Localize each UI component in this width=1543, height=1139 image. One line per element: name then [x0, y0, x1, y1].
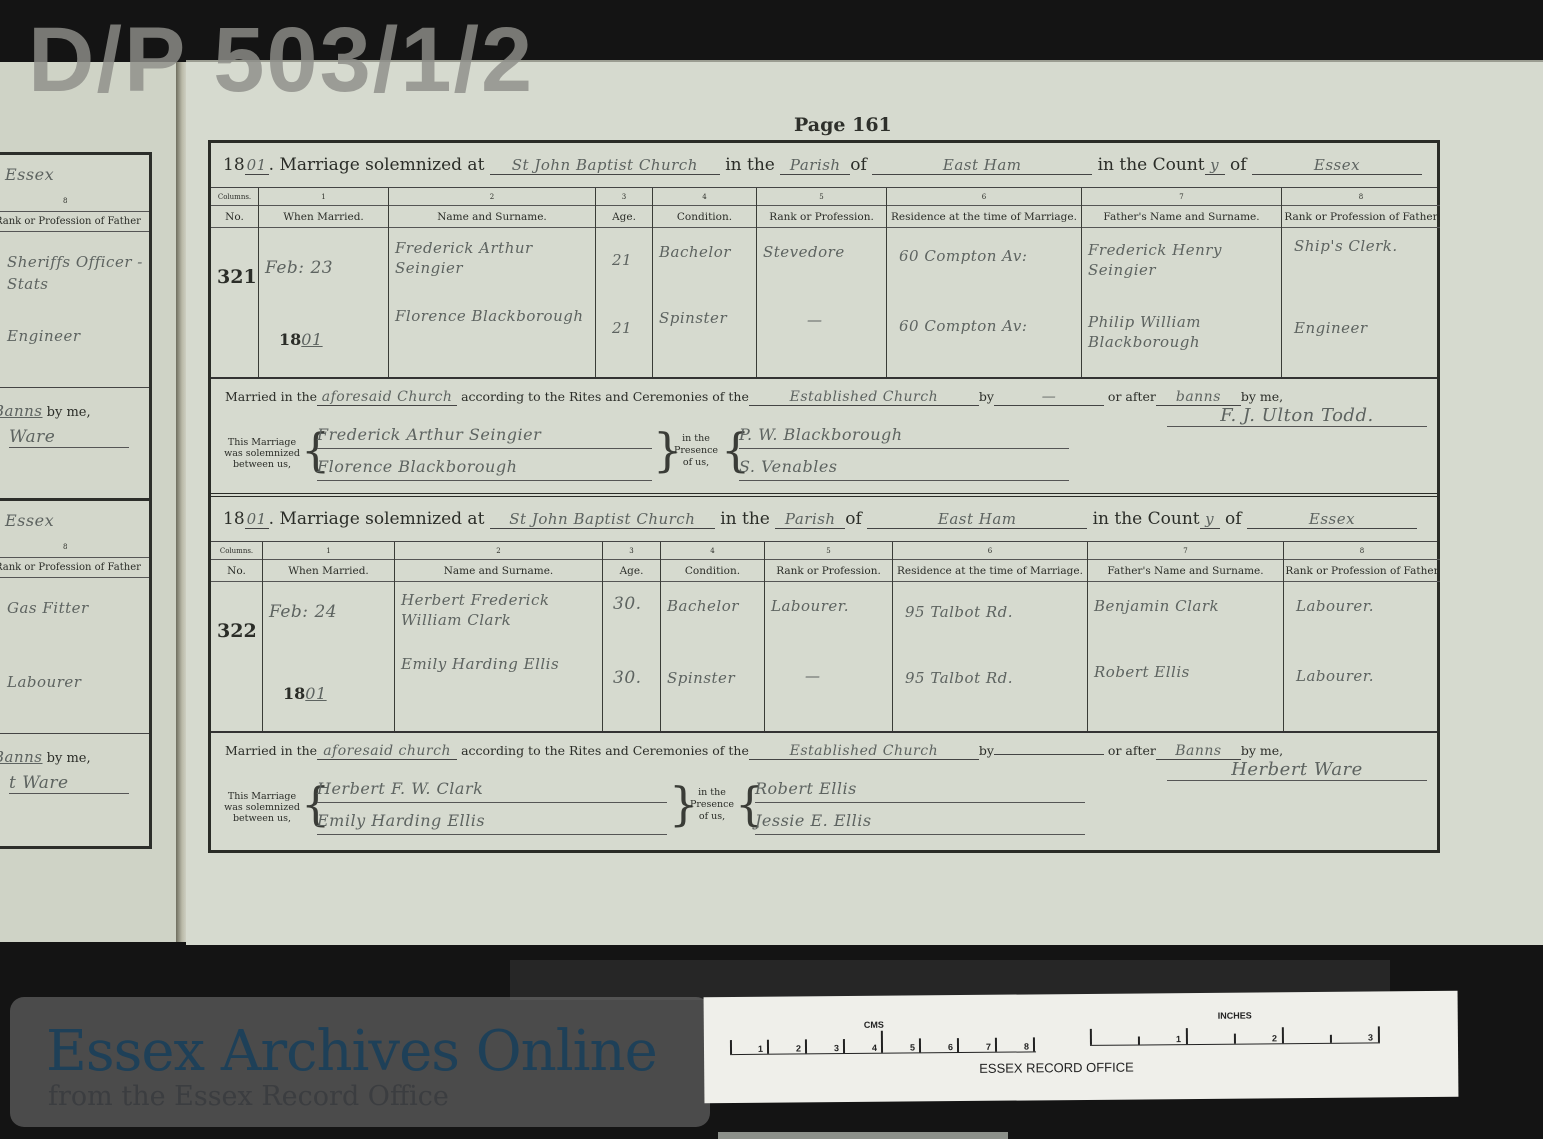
in-the-label: in the [720, 509, 770, 529]
county-name: Essex [1247, 510, 1417, 529]
left-entry-block: Essex 8 Rank or Profession of Father Gas… [0, 501, 149, 846]
witness-1-signature: P. W. Blackborough [739, 425, 1069, 449]
when-year-prefix: 18 [279, 330, 301, 349]
district-name: East Ham [872, 156, 1092, 175]
col-number: 3 [596, 188, 652, 206]
archive-reference-watermark: D/P 503/1/2 [28, 14, 534, 106]
page-label: Page [794, 114, 845, 136]
left-father-profession-2: Engineer [7, 327, 81, 345]
this-marriage-label: This Marriage was solemnized between us, [221, 791, 303, 824]
inch-scale-title: INCHES [1218, 1011, 1252, 1021]
county-label: in the Count [1098, 155, 1205, 175]
col-age: 3 Age. 21 21 [596, 188, 653, 377]
groom-signature: Herbert F. W. Clark [317, 779, 667, 803]
col-name: 2 Name and Surname. Herbert Frederick Wi… [395, 542, 603, 731]
col-header: Rank or Profession of Father [1284, 560, 1440, 582]
entry-footer: Married in theaforesaid Church according… [225, 389, 1427, 406]
logo-title: Essex Archives Online [46, 1019, 657, 1084]
col-header: No. [211, 560, 262, 582]
register-entry: 1801. Marriage solemnized at St John Bap… [211, 143, 1437, 497]
col-father-profession: 8 Rank or Profession of Father Labourer.… [1284, 542, 1440, 731]
left-banns: Banns [0, 748, 43, 766]
cm-scale: CMS 1 2 3 4 5 6 7 8 [730, 1024, 1036, 1055]
married-in-place: aforesaid church [317, 743, 457, 760]
col-number: 5 [757, 188, 886, 206]
bride-father-name: Robert Ellis [1094, 662, 1190, 682]
after-banns: banns [1156, 389, 1241, 406]
ruler-label: ESSEX RECORD OFFICE [979, 1060, 1134, 1076]
bottom-strip [718, 1132, 1008, 1139]
groom-age: 21 [612, 250, 632, 270]
or-after-label: or after [1108, 389, 1156, 404]
bride-name: Florence Blackborough [395, 306, 585, 326]
col-number: 2 [395, 542, 602, 560]
county-of-label: of [1230, 155, 1247, 175]
when-year-value: 01 [305, 684, 326, 703]
col-number: Columns. [211, 188, 258, 206]
county-of-label: of [1225, 509, 1242, 529]
left-by-me: by me, [47, 751, 91, 766]
left-column-header: Rank or Profession of Father [0, 557, 149, 578]
or-after-label: or after [1108, 743, 1156, 758]
scale-ruler: CMS 1 2 3 4 5 6 7 8 INCHES 1 2 3 ESSEX R… [704, 991, 1459, 1104]
groom-condition: Bachelor [659, 242, 731, 262]
groom-residence: 60 Compton Av: [899, 246, 1027, 266]
col-header: No. [211, 206, 258, 228]
in-presence-label: in the Presence of us, [687, 787, 737, 823]
rites: Established Church [749, 743, 979, 760]
county-label: in the Count [1093, 509, 1200, 529]
married-in-place: aforesaid Church [317, 389, 457, 406]
year-prefix: 18 [223, 509, 245, 529]
col-header: Name and Surname. [389, 206, 595, 228]
by-licence: — [994, 389, 1104, 406]
marriage-register: 1801. Marriage solemnized at St John Bap… [208, 140, 1440, 853]
groom-signature: Frederick Arthur Seingier [317, 425, 652, 449]
when-married: Feb: 24 [269, 602, 337, 622]
left-county: Essex [5, 511, 54, 530]
cm-tick-label: 8 [1024, 1041, 1029, 1051]
col-number: 4 [653, 188, 756, 206]
left-father-profession-1: Gas Fitter [7, 597, 147, 619]
officiant-signature: Herbert Ware [1167, 759, 1427, 781]
groom-father-profession: Labourer. [1296, 596, 1374, 616]
col-header: When Married. [259, 206, 388, 228]
cm-tick-label: 6 [948, 1042, 953, 1052]
bride-name: Emily Harding Ellis [401, 654, 581, 674]
groom-name: Frederick Arthur Seingier [395, 238, 585, 278]
witness-2-signature: S. Venables [739, 457, 1069, 481]
of-label: of [850, 155, 867, 175]
essex-archives-logo: Essex Archives Online from the Essex Rec… [10, 997, 710, 1127]
county-y: y [1200, 510, 1220, 529]
left-officiant-signature: Ware [9, 427, 129, 448]
of-label: of [845, 509, 862, 529]
col-condition: 4 Condition. Bachelor Spinster [653, 188, 757, 377]
col-number: 7 [1088, 542, 1283, 560]
in-the-label: in the [725, 155, 775, 175]
inch-tick-label: 2 [1272, 1033, 1277, 1043]
col-age: 3 Age. 30. 30. [603, 542, 661, 731]
year-value: 01 [245, 510, 269, 529]
col-number: 1 [263, 542, 394, 560]
col-father-profession: 8 Rank or Profession of Father Ship's Cl… [1282, 188, 1440, 377]
left-column-header: Rank or Profession of Father [0, 211, 149, 232]
col-name: 2 Name and Surname. Frederick Arthur Sei… [389, 188, 596, 377]
solemnized-at-label: . Marriage solemnized at [269, 155, 485, 175]
when-year: 1801 [283, 684, 327, 703]
married-in-label: Married in the [225, 389, 317, 404]
col-when-married: 1 When Married. Feb: 23 1801 [259, 188, 389, 377]
groom-age: 30. [613, 594, 642, 614]
by-licence [994, 754, 1104, 755]
groom-condition: Bachelor [667, 596, 739, 616]
inch-scale: INCHES 1 2 3 [1090, 1015, 1380, 1046]
col-header: Residence at the time of Marriage. [887, 206, 1081, 228]
bride-residence: 95 Talbot Rd. [905, 668, 1013, 688]
entry-columns: Columns. No. 322 1 When Married. Feb: 24… [211, 541, 1437, 733]
col-number: 5 [765, 542, 892, 560]
bride-residence: 60 Compton Av: [899, 316, 1027, 336]
col-profession: 5 Rank or Profession. Labourer. — [765, 542, 893, 731]
bride-condition: Spinster [667, 668, 735, 688]
col-no: Columns. No. 321 [211, 188, 259, 377]
col-father-name: 7 Father's Name and Surname. Benjamin Cl… [1088, 542, 1284, 731]
left-page: Essex 8 Rank or Profession of Father She… [0, 62, 176, 942]
col-number: 8 [1282, 188, 1440, 206]
by-me-label: by me, [1241, 389, 1283, 404]
church-name: St John Baptist Church [490, 156, 720, 175]
by-label: by [979, 743, 994, 758]
year-value: 01 [245, 156, 269, 175]
cm-tick-label: 3 [834, 1043, 839, 1053]
groom-profession: Labourer. [771, 596, 849, 616]
col-number: 2 [389, 188, 595, 206]
col-profession: 5 Rank or Profession. Stevedore — [757, 188, 887, 377]
signatures: This Marriage was solemnized between us,… [221, 425, 1421, 485]
when-married: Feb: 23 [265, 258, 333, 278]
col-header: Rank or Profession. [765, 560, 892, 582]
cm-tick-label: 4 [872, 1043, 877, 1053]
inch-tick-label: 3 [1368, 1032, 1373, 1042]
after-banns: Banns [1156, 743, 1241, 760]
according-to-label: according to the Rites and Ceremonies of… [461, 389, 749, 404]
entry-number: 321 [217, 266, 257, 288]
groom-father-profession: Ship's Clerk. [1294, 236, 1398, 256]
groom-name: Herbert Frederick William Clark [401, 590, 581, 630]
col-number: 6 [893, 542, 1087, 560]
groom-father-name: Benjamin Clark [1094, 596, 1219, 616]
year-prefix: 18 [223, 155, 245, 175]
left-entry-block: Essex 8 Rank or Profession of Father She… [0, 155, 149, 501]
left-page-register: Essex 8 Rank or Profession of Father She… [0, 152, 152, 849]
col-header: Residence at the time of Marriage. [893, 560, 1087, 582]
bride-profession: — [807, 310, 823, 330]
inch-tick-label: 1 [1176, 1034, 1181, 1044]
married-in-label: Married in the [225, 743, 317, 758]
cm-tick-label: 5 [910, 1042, 915, 1052]
cm-tick-label: 7 [986, 1042, 991, 1052]
left-county: Essex [5, 165, 54, 184]
col-when-married: 1 When Married. Feb: 24 1801 [263, 542, 395, 731]
bride-age: 30. [613, 668, 642, 688]
col-number: 3 [603, 542, 660, 560]
by-me-label: by me, [1241, 743, 1283, 758]
col-number: Columns. [211, 542, 262, 560]
right-page: Page 161 1801. Marriage solemnized at St… [186, 60, 1543, 945]
left-by-me: by me, [47, 405, 91, 420]
col-number: 4 [661, 542, 764, 560]
church-name: St John Baptist Church [490, 510, 715, 529]
bride-father-profession: Labourer. [1296, 666, 1374, 686]
col-header: Father's Name and Surname. [1088, 560, 1283, 582]
signatures: This Marriage was solemnized between us,… [221, 779, 1421, 839]
district-type: Parish [780, 156, 850, 175]
rites: Established Church [749, 389, 979, 406]
col-header: Condition. [661, 560, 764, 582]
register-entry: 1801. Marriage solemnized at St John Bap… [211, 497, 1437, 850]
bride-condition: Spinster [659, 308, 727, 328]
col-header: Age. [603, 560, 660, 582]
col-residence: 6 Residence at the time of Marriage. 95 … [893, 542, 1088, 731]
district-type: Parish [775, 510, 845, 529]
bride-age: 21 [612, 318, 632, 338]
col-number: 7 [1082, 188, 1281, 206]
in-presence-label: in the Presence of us, [671, 433, 721, 469]
left-column-number: 8 [63, 197, 67, 205]
when-year-prefix: 18 [283, 684, 305, 703]
cm-scale-title: CMS [864, 1020, 884, 1030]
col-residence: 6 Residence at the time of Marriage. 60 … [887, 188, 1082, 377]
col-father-name: 7 Father's Name and Surname. Frederick H… [1082, 188, 1282, 377]
according-to-label: according to the Rites and Ceremonies of… [461, 743, 749, 758]
bride-signature: Florence Blackborough [317, 457, 652, 481]
groom-profession: Stevedore [763, 242, 845, 262]
district-name: East Ham [867, 510, 1087, 529]
col-header: Name and Surname. [395, 560, 602, 582]
col-header: Rank or Profession. [757, 206, 886, 228]
page-number: Page 161 [794, 114, 892, 136]
groom-residence: 95 Talbot Rd. [905, 602, 1013, 622]
col-header: Age. [596, 206, 652, 228]
bride-father-profession: Engineer [1294, 318, 1368, 338]
when-year-value: 01 [301, 330, 322, 349]
bride-profession: — [805, 666, 821, 686]
by-label: by [979, 389, 994, 404]
col-header: When Married. [263, 560, 394, 582]
logo-subtitle: from the Essex Record Office [48, 1081, 449, 1112]
col-number: 1 [259, 188, 388, 206]
col-number: 6 [887, 188, 1081, 206]
bride-signature: Emily Harding Ellis [317, 811, 667, 835]
col-condition: 4 Condition. Bachelor Spinster [661, 542, 765, 731]
col-header: Condition. [653, 206, 756, 228]
this-marriage-label: This Marriage was solemnized between us, [221, 437, 303, 470]
page-number-value: 161 [852, 114, 892, 136]
when-year: 1801 [279, 330, 323, 349]
left-officiant-signature: t Ware [9, 773, 129, 794]
left-father-profession-1: Sheriffs Officer - Stats [7, 251, 147, 295]
col-no: Columns. No. 322 [211, 542, 263, 731]
witness-1-signature: Robert Ellis [755, 779, 1085, 803]
witness-2-signature: Jessie E. Ellis [755, 811, 1085, 835]
cm-tick-label: 1 [758, 1044, 763, 1054]
officiant-signature: F. J. Ulton Todd. [1167, 405, 1427, 427]
left-father-profession-2: Labourer [7, 673, 81, 691]
solemnized-at-label: . Marriage solemnized at [269, 509, 485, 529]
col-header: Rank or Profession of Father [1282, 206, 1440, 228]
cm-tick-label: 2 [796, 1043, 801, 1053]
entry-title: 1801. Marriage solemnized at St John Bap… [223, 509, 1437, 529]
county-y: y [1205, 156, 1225, 175]
entry-footer: Married in theaforesaid church according… [225, 743, 1427, 760]
col-header: Father's Name and Surname. [1082, 206, 1281, 228]
left-banns: Banns [0, 402, 43, 420]
county-name: Essex [1252, 156, 1422, 175]
left-column-number: 8 [63, 543, 67, 551]
entry-columns: Columns. No. 321 1 When Married. Feb: 23… [211, 187, 1437, 379]
entry-number: 322 [217, 620, 257, 642]
bride-father-name: Philip William Blackborough [1088, 312, 1273, 352]
groom-father-name: Frederick Henry Seingier [1088, 240, 1268, 280]
entry-title: 1801. Marriage solemnized at St John Bap… [223, 155, 1437, 175]
col-number: 8 [1284, 542, 1440, 560]
